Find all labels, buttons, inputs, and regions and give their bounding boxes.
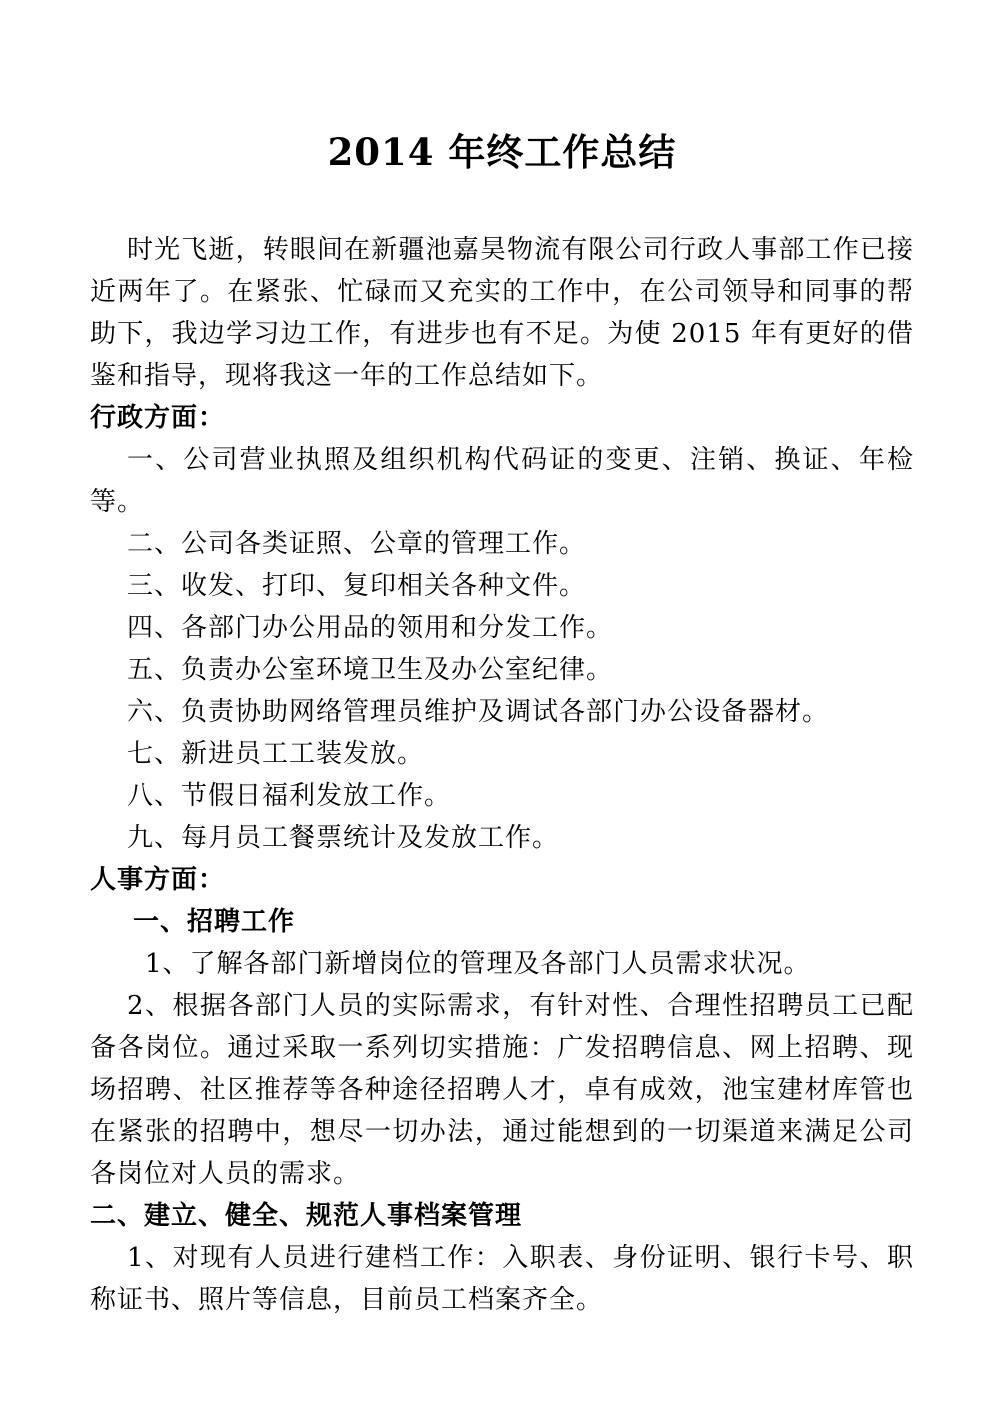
archive-item-1: 1、对现有人员进行建档工作：入职表、身份证明、银行卡号、职称证书、照片等信息，目…: [90, 1237, 914, 1321]
intro-paragraph: 时光飞逝，转眼间在新疆池嘉昊物流有限公司行政人事部工作已接近两年了。在紧张、忙碌…: [90, 229, 914, 397]
admin-item-8: 八、节假日福利发放工作。: [90, 775, 914, 817]
admin-item-3: 三、收发、打印、复印相关各种文件。: [90, 565, 914, 607]
admin-item-5: 五、负责办公室环境卫生及办公室纪律。: [90, 649, 914, 691]
admin-item-6: 六、负责协助网络管理员维护及调试各部门办公设备器材。: [90, 691, 914, 733]
admin-item-1: 一、公司营业执照及组织机构代码证的变更、注销、换证、年检等。: [90, 439, 914, 523]
document-body: 时光飞逝，转眼间在新疆池嘉昊物流有限公司行政人事部工作已接近两年了。在紧张、忙碌…: [90, 229, 914, 1321]
document-page: 2014 年终工作总结 时光飞逝，转眼间在新疆池嘉昊物流有限公司行政人事部工作已…: [0, 0, 1000, 1415]
document-title: 2014 年终工作总结: [90, 128, 914, 176]
admin-item-2: 二、公司各类证照、公章的管理工作。: [90, 523, 914, 565]
admin-item-7: 七、新进员工工装发放。: [90, 733, 914, 775]
recruitment-item-2: 2、根据各部门人员的实际需求，有针对性、合理性招聘员工已配备各岗位。通过采取一系…: [90, 985, 914, 1195]
hr-section-heading: 人事方面：: [90, 859, 914, 901]
admin-item-4: 四、各部门办公用品的领用和分发工作。: [90, 607, 914, 649]
recruitment-heading: 一、招聘工作: [90, 901, 914, 943]
admin-item-9: 九、每月员工餐票统计及发放工作。: [90, 817, 914, 859]
recruitment-item-1: 1、了解各部门新增岗位的管理及各部门人员需求状况。: [90, 943, 914, 985]
archive-section-heading: 二、建立、健全、规范人事档案管理: [90, 1195, 914, 1237]
admin-section-heading: 行政方面：: [90, 397, 914, 439]
